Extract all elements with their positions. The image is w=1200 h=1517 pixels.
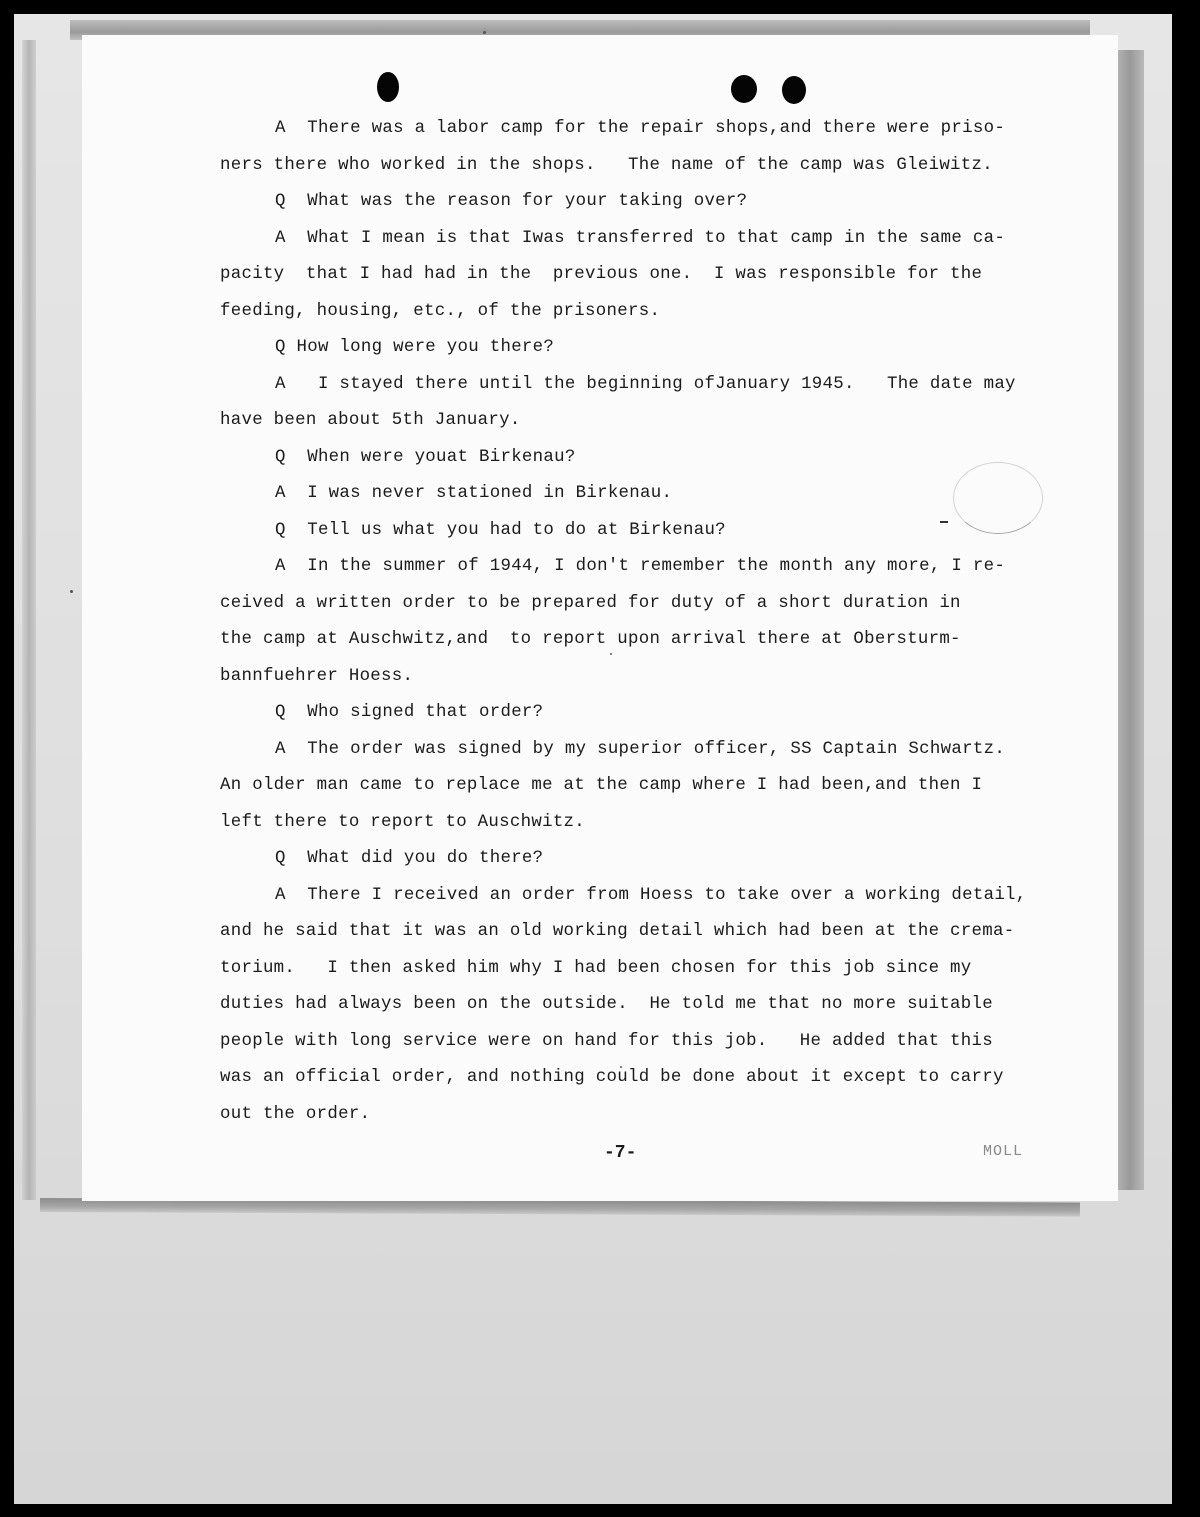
page-number: -7- bbox=[604, 1143, 636, 1163]
transcript-line: duties had always been on the outside. H… bbox=[220, 995, 993, 1015]
document-label: MOLL bbox=[983, 1143, 1023, 1160]
punch-hole-icon bbox=[782, 76, 806, 104]
archive-stamp-icon bbox=[953, 462, 1043, 534]
punch-hole-icon bbox=[377, 72, 399, 102]
transcript-line: A There was a labor camp for the repair … bbox=[275, 119, 1005, 139]
transcript-line: Q What was the reason for your taking ov… bbox=[275, 192, 747, 212]
transcript-line: torium. I then asked him why I had been … bbox=[220, 959, 972, 979]
transcript-line: was an official order, and nothing could… bbox=[220, 1068, 1004, 1088]
transcript-line: people with long service were on hand fo… bbox=[220, 1032, 993, 1052]
transcript-line: A I stayed there until the beginning ofJ… bbox=[275, 375, 1016, 395]
transcript-line: A I was never stationed in Birkenau. bbox=[275, 484, 672, 504]
dust-speck bbox=[483, 31, 486, 34]
transcript-line: A What I mean is that Iwas transferred t… bbox=[275, 229, 1005, 249]
dust-speck bbox=[610, 653, 612, 655]
transcript-line: Q How long were you there? bbox=[275, 338, 554, 358]
transcript-line: Q Who signed that order? bbox=[275, 703, 543, 723]
transcript-line: Q What did you do there? bbox=[275, 849, 543, 869]
transcript-line: ceived a written order to be prepared fo… bbox=[220, 594, 961, 614]
transcript-line: feeding, housing, etc., of the prisoners… bbox=[220, 302, 660, 322]
transcript-line: pacity that I had had in the previous on… bbox=[220, 265, 982, 285]
transcript-line: Q Tell us what you had to do at Birkenau… bbox=[275, 521, 726, 541]
transcript-line: Q When were youat Birkenau? bbox=[275, 448, 576, 468]
transcript-line: bannfuehrer Hoess. bbox=[220, 667, 413, 687]
stamp-mark bbox=[940, 521, 948, 523]
transcript-line: left there to report to Auschwitz. bbox=[220, 813, 585, 833]
transcript-line: A There I received an order from Hoess t… bbox=[275, 886, 1027, 906]
paper-shadow-right bbox=[1116, 50, 1144, 1190]
transcript-line: ners there who worked in the shops. The … bbox=[220, 156, 993, 176]
transcript-line: the camp at Auschwitz,and to report upon… bbox=[220, 630, 961, 650]
transcript-line: A In the summer of 1944, I don't remembe… bbox=[275, 557, 1005, 577]
dust-speck bbox=[70, 590, 73, 593]
transcript-line: An older man came to replace me at the c… bbox=[220, 776, 982, 796]
transcript-line: have been about 5th January. bbox=[220, 411, 521, 431]
transcript-line: A The order was signed by my superior of… bbox=[275, 740, 1005, 760]
transcript-line: out the order. bbox=[220, 1105, 370, 1125]
punch-hole-icon bbox=[731, 75, 757, 103]
backing-shadow-left bbox=[22, 40, 36, 1200]
transcript-line: and he said that it was an old working d… bbox=[220, 922, 1014, 942]
